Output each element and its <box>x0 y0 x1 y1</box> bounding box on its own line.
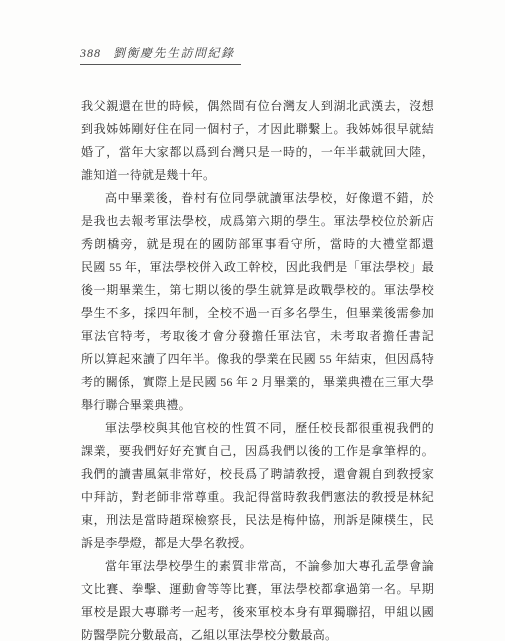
text-line: 舉行聯合畢業典禮。 <box>81 394 434 417</box>
paragraph: 高中畢業後，眷村有位同學就讀軍法學校，好像還不錯，於是我也去報考軍法學校，成爲第… <box>81 187 434 417</box>
paragraph: 當年軍法學校學生的素質非常高，不論參加大專孔孟學會論文比賽、拳擊、運動會等等比賽… <box>81 555 434 641</box>
book-page: 388劉衡慶先生訪問紀錄 我父親還在世的時候，偶然間有位台灣友人到湖北武漢去，沒… <box>0 0 505 641</box>
text-line: 婚了，當年大家都以爲到台灣只是一時的，一年半載就回大陸， <box>81 141 434 164</box>
text-line: 學生不多，採四年制，全校不過一百多名學生，但畢業後需參加 <box>81 302 434 325</box>
text-line: 軍校是跟大專聯考一起考，後來軍校本身有單獨聯招，甲組以國 <box>81 601 434 624</box>
paragraph: 我父親還在世的時候，偶然間有位台灣友人到湖北武漢去，沒想到我姊姊剛好住在同一個村… <box>81 95 434 187</box>
text-line: 當年軍法學校學生的素質非常高，不論參加大專孔孟學會論 <box>81 555 434 578</box>
page-header: 388劉衡慶先生訪問紀錄 <box>80 46 241 65</box>
text-line: 是我也去報考軍法學校，成爲第六期的學生。軍法學校位於新店 <box>81 210 434 233</box>
text-line: 後一期畢業生，第七期以後的學生就算是政戰學校的。軍法學校 <box>81 279 434 302</box>
text-line: 秀朗橋旁，就是現在的國防部軍事看守所，當時的大禮堂都還在。 <box>81 233 434 256</box>
text-line: 到我姊姊剛好住在同一個村子，才因此聯繫上。我姊姊很早就結 <box>81 118 434 141</box>
text-line: 防醫學院分數最高，乙組以軍法學校分數最高。 <box>81 624 434 641</box>
text-line: 軍法學校與其他官校的性質不同，歷任校長都很重視我們的 <box>81 417 434 440</box>
text-line: 所以算起來讀了四年半。像我的學業在民國 55 年結束，但因爲特 <box>81 348 434 371</box>
paragraph: 軍法學校與其他官校的性質不同，歷任校長都很重視我們的課業，要我們好好充實自己，因… <box>81 417 434 555</box>
text-line: 軍法官特考，考取後才會分發擔任軍法官，未考取者擔任書記官， <box>81 325 434 348</box>
text-line: 我們的讀書風氣非常好，校長爲了聘請敎授，還會親自到敎授家 <box>81 463 434 486</box>
text-line: 文比賽、拳擊、運動會等等比賽，軍法學校都拿過第一名。早期 <box>81 578 434 601</box>
text-line: 中拜訪，對老師非常尊重。我記得當時敎我們憲法的敎授是林紀 <box>81 486 434 509</box>
text-line: 高中畢業後，眷村有位同學就讀軍法學校，好像還不錯，於 <box>81 187 434 210</box>
text-line: 訴是李學燈，都是大學名敎授。 <box>81 532 434 555</box>
text-line: 誰知道一待就是幾十年。 <box>81 164 434 187</box>
page-number: 388 <box>80 46 101 60</box>
text-line: 考的關係，實際上是民國 56 年 2 月畢業的，畢業典禮在三軍大學 <box>81 371 434 394</box>
running-title: 劉衡慶先生訪問紀錄 <box>113 46 235 60</box>
text-block: 我父親還在世的時候，偶然間有位台灣友人到湖北武漢去，沒想到我姊姊剛好住在同一個村… <box>81 95 434 641</box>
text-line: 我父親還在世的時候，偶然間有位台灣友人到湖北武漢去，沒想 <box>81 95 434 118</box>
text-line: 東，刑法是當時趙琛檢察長，民法是梅仲協，刑訴是陳樸生，民 <box>81 509 434 532</box>
text-line: 課業，要我們好好充實自己，因爲我們以後的工作是拿筆桿的。 <box>81 440 434 463</box>
text-line: 民國 55 年，軍法學校併入政工幹校，因此我們是「軍法學校」最 <box>81 256 434 279</box>
